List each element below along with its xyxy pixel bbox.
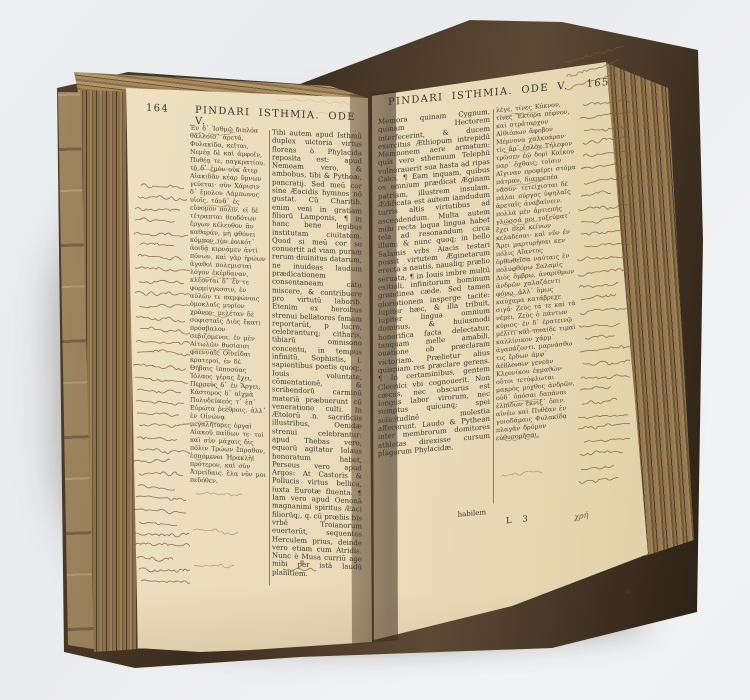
right-interlinear-gloss — [496, 100, 576, 517]
left-latin-text: Tibi autem apud Isthmū duplex uictoria v… — [272, 128, 362, 577]
left-greek-column: Ἐν δ᾽ Ἰσθμῷ διπλόα θάλλοισ᾽ ἀρετά, Φυλακ… — [190, 125, 266, 602]
left-page-number: 164 — [146, 103, 169, 115]
right-page-content: PINDARI ISTHMIA. ODE V. 165 Memora quina… — [378, 69, 634, 632]
handwritten-word: χρή — [574, 510, 589, 521]
left-column-rule — [269, 130, 270, 585]
left-page-content: 164 PINDARI ISTHMIA. ODE V. Ἐν δ᾽ Ἰσθμῷ … — [132, 96, 362, 662]
book-photograph: 164 PINDARI ISTHMIA. ODE V. Ἐν δ᾽ Ἰσθμῷ … — [0, 0, 750, 700]
right-latin-text: Memora quinam Cygnum, quinam Hectorem in… — [378, 108, 490, 458]
right-page-number: 165 — [587, 77, 610, 90]
right-latin-column: Memora quinam Cygnum, quinam Hectorem in… — [378, 108, 490, 528]
right-margin-marginalia — [576, 95, 630, 510]
signature-mark: L 3 — [506, 514, 532, 526]
right-greek-column: λέγε, τίνες Κύκνον, τίνες Ἕκτορα πέφνον,… — [496, 100, 576, 517]
left-margin-marginalia — [132, 122, 190, 599]
right-column-rule — [493, 109, 494, 503]
catchword: habilem — [458, 508, 486, 519]
left-interlinear-gloss — [190, 125, 266, 602]
left-foot-mark — [278, 565, 316, 579]
left-latin-column: Tibi autem apud Isthmū duplex uictoria v… — [272, 128, 362, 606]
left-page-columns: Ἐν δ᾽ Ἰσθμῷ διπλόα θάλλοισ᾽ ἀρετά, Φυλακ… — [132, 122, 362, 606]
right-page-columns: Memora quinam Cygnum, quinam Hectorem in… — [378, 95, 630, 528]
